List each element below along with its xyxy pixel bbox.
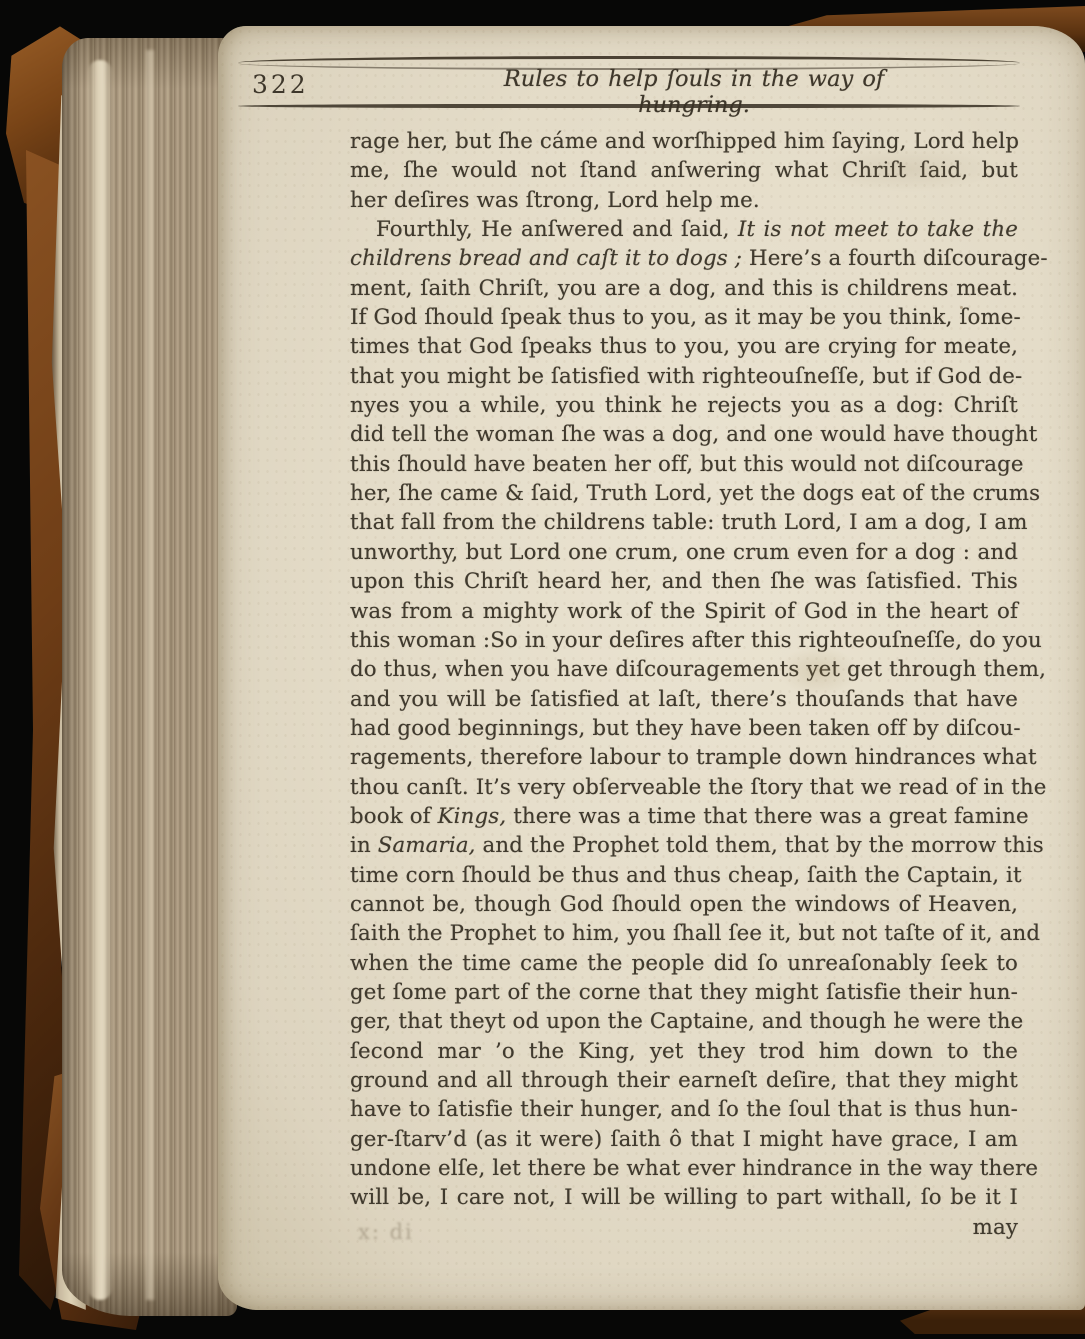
text-line: ground and all through their earneſt deſ… [350, 1066, 1018, 1095]
roman-text: ſecond mar ’o the King, yet they trod hi… [350, 1039, 1018, 1064]
fore-edge-highlight-band [88, 60, 112, 1300]
roman-text: thou canſt. It’s very obſerveable the ſt… [350, 775, 1046, 800]
roman-text: unworthy, but Lord one crum, one crum ev… [350, 540, 1018, 565]
roman-text: Here’s a fourth diſcourage- [749, 246, 1048, 271]
paper-speck [756, 1104, 759, 1107]
text-line: ger-ſtarv’d (as it were) ſaith ô that I … [350, 1125, 1018, 1154]
header-rule-bottom [238, 104, 1020, 108]
text-line: upon this Chriſt heard her, and then ſhe… [350, 567, 1018, 596]
text-line: had good beginnings, but they have been … [350, 714, 1018, 743]
text-line: childrens bread and caſt it to dogs ; He… [350, 244, 1018, 273]
text-line: book of Kings, there was a time that the… [350, 802, 1018, 831]
text-line: If God ſhould ſpeak thus to you, as it m… [350, 303, 1018, 332]
roman-text: If God ſhould ſpeak thus to you, as it m… [350, 305, 1021, 330]
text-line: will be, I care not, I will be willing t… [350, 1183, 1018, 1212]
text-line: that you might be ſatisfied with righteo… [350, 362, 1018, 391]
roman-text: that fall from the childrens table: trut… [350, 510, 1028, 535]
roman-text: her, ſhe came & ſaid, Truth Lord, yet th… [350, 481, 1040, 506]
page-number: 322 [252, 70, 309, 99]
roman-text: and you will be ſatisfied at laſt, there… [350, 687, 1018, 712]
roman-text: undone elſe, let there be what ever hind… [350, 1156, 1038, 1181]
body-text: rage her, but ſhe cáme and worſhipped hi… [350, 127, 1018, 1242]
roman-text: rage her, but ſhe cáme and worſhipped hi… [350, 129, 1019, 154]
text-line: Fourthly, He anſwered and ſaid, It is no… [350, 215, 1018, 244]
roman-text: had good beginnings, but they have been … [350, 716, 1021, 741]
book-page: 322 Rules to help ſouls in the way of hu… [218, 26, 1085, 1310]
text-line: this woman :So in your deſires after thi… [350, 626, 1018, 655]
text-line: unworthy, but Lord one crum, one crum ev… [350, 538, 1018, 567]
text-line: her deſires was ſtrong, Lord help me. [350, 186, 1018, 215]
roman-text: will be, I care not, I will be willing t… [350, 1185, 1018, 1210]
roman-text: ger, that theyt od upon the Captaine, an… [350, 1009, 1023, 1034]
running-title: Rules to help ſouls in the way of hungri… [448, 66, 940, 118]
text-line: rage her, but ſhe cáme and worſhipped hi… [350, 127, 1018, 156]
roman-text: did tell the woman ſhe was a dog, and on… [350, 422, 1037, 447]
text-line: that fall from the childrens table: trut… [350, 508, 1018, 537]
text-line: nyes you a while, you think he rejects y… [350, 391, 1018, 420]
roman-text: get ſome part of the corne that they mig… [350, 980, 1018, 1005]
roman-text: upon this Chriſt heard her, and then ſhe… [350, 569, 1018, 594]
roman-text: in [350, 833, 378, 858]
roman-text: that you might be ſatisfied with righteo… [350, 364, 1022, 389]
roman-text: this woman :So in your deſires after thi… [350, 628, 1042, 653]
text-line: ger, that theyt od upon the Captaine, an… [350, 1007, 1018, 1036]
text-line: have to ſatisfie their hunger, and ſo th… [350, 1095, 1018, 1124]
roman-text: cannot be, though God ſhould open the wi… [350, 892, 1018, 917]
roman-text: ſaith the Prophet to him, you ſhall ſee … [350, 921, 1040, 946]
text-line: her, ſhe came & ſaid, Truth Lord, yet th… [350, 479, 1018, 508]
page-header: 322 Rules to help ſouls in the way of hu… [238, 64, 1020, 102]
paper-speck [960, 306, 963, 309]
italic-text: It is not meet to take the [738, 217, 1018, 242]
roman-text: this ſhould have beaten her off, but thi… [350, 452, 1024, 477]
paper-speck [712, 1168, 716, 1172]
roman-text: ger-ſtarv’d (as it were) ſaith ô that I … [350, 1127, 1018, 1152]
text-line: undone elſe, let there be what ever hind… [350, 1154, 1018, 1183]
text-line: in Samaria, and the Prophet told them, t… [350, 831, 1018, 860]
catchword: may [350, 1213, 1018, 1242]
roman-text: ragements, therefore labour to trample d… [350, 745, 1037, 770]
text-line: thou canſt. It’s very obſerveable the ſt… [350, 773, 1018, 802]
fore-edge-highlight-line [146, 50, 154, 1300]
text-line: when the time came the people did ſo unr… [350, 949, 1018, 978]
text-line: do thus, when you have diſcouragements y… [350, 655, 1018, 684]
roman-text: ground and all through their earneſt deſ… [350, 1068, 1018, 1093]
text-line: me, ſhe would not ſtand anſwering what C… [350, 156, 1018, 185]
text-line: ſecond mar ’o the King, yet they trod hi… [350, 1037, 1018, 1066]
roman-text: me, ſhe would not ſtand anſwering what C… [350, 158, 1018, 183]
text-line: cannot be, though God ſhould open the wi… [350, 890, 1018, 919]
text-line: did tell the woman ſhe was a dog, and on… [350, 420, 1018, 449]
roman-text: there was a time that there was a great … [506, 804, 1028, 829]
text-line: was from a mighty work of the Spirit of … [350, 597, 1018, 626]
text-line: this ſhould have beaten her off, but thi… [350, 450, 1018, 479]
roman-text: her deſires was ſtrong, Lord help me. [350, 188, 760, 213]
roman-text: do thus, when you have diſcouragements y… [350, 657, 1046, 682]
text-line: time corn ſhould be thus and thus cheap,… [350, 861, 1018, 890]
roman-text: nyes you a while, you think he rejects y… [350, 393, 1018, 418]
text-line: ragements, therefore labour to trample d… [350, 743, 1018, 772]
roman-text: have to ſatisfie their hunger, and ſo th… [350, 1097, 1018, 1122]
italic-text: Samaria, [378, 833, 476, 858]
bleedthrough-mark: x: di [358, 1220, 414, 1244]
roman-text: book of [350, 804, 438, 829]
roman-text: ment, ſaith Chriſt, you are a dog, and t… [350, 276, 1018, 301]
text-line: times that God ſpeaks thus to you, you a… [350, 332, 1018, 361]
roman-text: time corn ſhould be thus and thus cheap,… [350, 863, 1022, 888]
book-photograph: 322 Rules to help ſouls in the way of hu… [0, 0, 1085, 1339]
text-line: ſaith the Prophet to him, you ſhall ſee … [350, 919, 1018, 948]
roman-text: was from a mighty work of the Spirit of … [350, 599, 1018, 624]
roman-text: when the time came the people did ſo unr… [350, 951, 1018, 976]
italic-text: childrens bread and caſt it to dogs ; [350, 246, 749, 271]
roman-text: and the Prophet told them, that by the m… [476, 833, 1044, 858]
text-line: get ſome part of the corne that they mig… [350, 978, 1018, 1007]
roman-text: Fourthly, He anſwered and ſaid, [376, 217, 738, 242]
roman-text: times that God ſpeaks thus to you, you a… [350, 334, 1018, 359]
text-line: and you will be ſatisfied at laſt, there… [350, 685, 1018, 714]
italic-text: Kings, [438, 804, 507, 829]
text-line: ment, ſaith Chriſt, you are a dog, and t… [350, 274, 1018, 303]
